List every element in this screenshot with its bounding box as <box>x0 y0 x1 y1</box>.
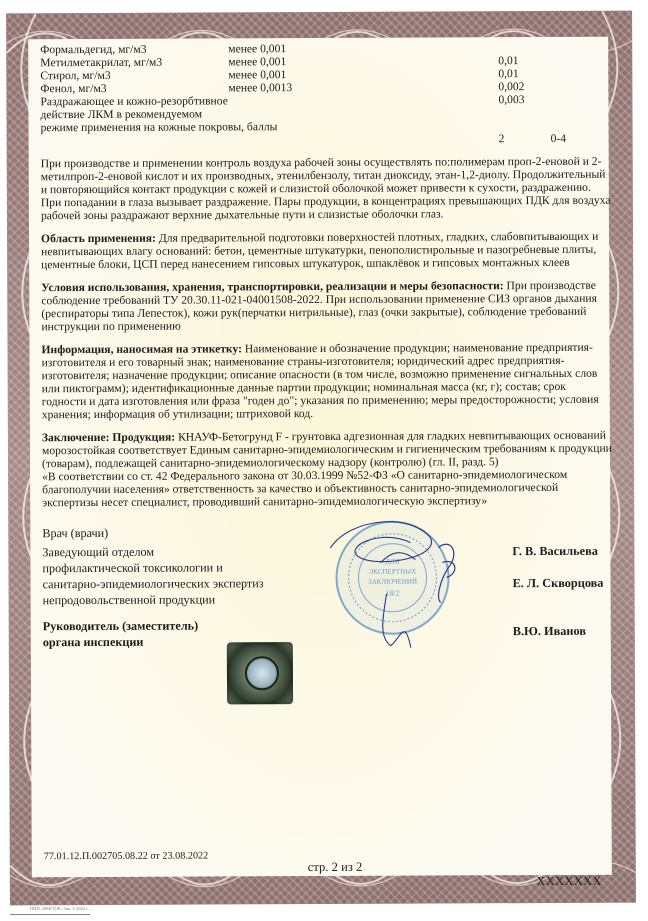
cell-name: действие ЛКМ в рекомендуемом <box>40 108 202 122</box>
certificate-number: 77.01.12.П.002705.08.22 от 23.08.2022 <box>44 850 209 862</box>
legal-note: «В соответствии со ст. 42 Федерального з… <box>42 468 612 509</box>
cell-extra: 0-4 <box>551 132 567 145</box>
certificate-number-value: 77.01.12.П.002705.08.22 <box>44 851 148 862</box>
cell-name: Раздражающее и кожно-резорбтивное <box>40 94 227 108</box>
conclusion-label: Заключение: <box>42 431 110 444</box>
page-indicator: стр. 2 из 2 <box>308 860 363 875</box>
scope-paragraph: Область применения: Для предварительной … <box>41 230 611 271</box>
printer-note: ППП «ВЕКТОР» Зак. 1-2022 г. ... <box>30 906 93 911</box>
cell-norm: 0,002 <box>498 80 524 93</box>
label-info-label: Информация, наносимая на этикетку: <box>41 342 241 356</box>
cell-name: Формальдегид, мг/м3 <box>40 43 146 56</box>
hologram-seal-icon <box>227 642 293 704</box>
svg-text:ЭКСПЕРТНЫХ: ЭКСПЕРТНЫХ <box>369 568 417 576</box>
cell-norm: 0,01 <box>498 67 518 80</box>
emblem-icon <box>245 656 279 690</box>
official-stamp-icon: ДЛЯ ЭКСПЕРТНЫХ ЗАКЛЮЧЕНИЙ 18/2 <box>320 507 471 658</box>
certificate-body: Формальдегид, мг/м3менее 0,001Метилметак… <box>28 37 612 878</box>
serial-number: XXXXXXX <box>536 874 602 889</box>
serial-value: XXXXXXX <box>536 874 601 888</box>
signer-name: В.Ю. Иванов <box>513 623 586 639</box>
product-label: Продукция: <box>112 431 175 444</box>
cell-norm: 0,01 <box>498 54 518 67</box>
scope-label: Область применения: <box>41 232 156 246</box>
table-row: 20-4 <box>41 132 611 147</box>
cell-name: Стирол, мг/м3 <box>40 69 110 82</box>
svg-text:18/2: 18/2 <box>385 589 399 598</box>
air-control-paragraph: При производстве и применении контроль в… <box>41 155 611 222</box>
cell-result: менее 0,001 <box>228 68 286 81</box>
cell-result: менее 0,001 <box>228 55 286 68</box>
conclusion-paragraph: Заключение: Продукция: КНАУФ-Бетогрунд F… <box>42 429 612 470</box>
cell-result: менее 0,0013 <box>228 81 292 94</box>
cell-norm: 2 <box>499 132 505 145</box>
label-info-paragraph: Информация, наносимая на этикетку: Наиме… <box>41 341 611 421</box>
certificate-frame: Формальдегид, мг/м3менее 0,001Метилметак… <box>6 11 636 906</box>
certificate-date: 23.08.2022 <box>162 850 208 861</box>
date-separator: от <box>150 851 159 862</box>
cell-result: менее 0,001 <box>228 42 286 55</box>
indicators-table: Формальдегид, мг/м3менее 0,001Метилметак… <box>40 41 610 147</box>
scan-edge-line <box>10 914 90 915</box>
cell-norm: 0,003 <box>498 93 524 106</box>
signer-name: Г. В. Васильева <box>512 543 598 559</box>
cell-name: Метилметакрилат, мг/м3 <box>40 56 162 70</box>
svg-text:ЗАКЛЮЧЕНИЙ: ЗАКЛЮЧЕНИЙ <box>368 578 417 586</box>
signer-name: Е. Л. Скворцова <box>513 575 604 591</box>
cell-name: режиме применения на кожные покровы, бал… <box>41 120 278 134</box>
cell-name: Фенол, мг/м3 <box>40 82 106 95</box>
usage-paragraph: Условия использования, хранения, транспо… <box>41 279 611 333</box>
